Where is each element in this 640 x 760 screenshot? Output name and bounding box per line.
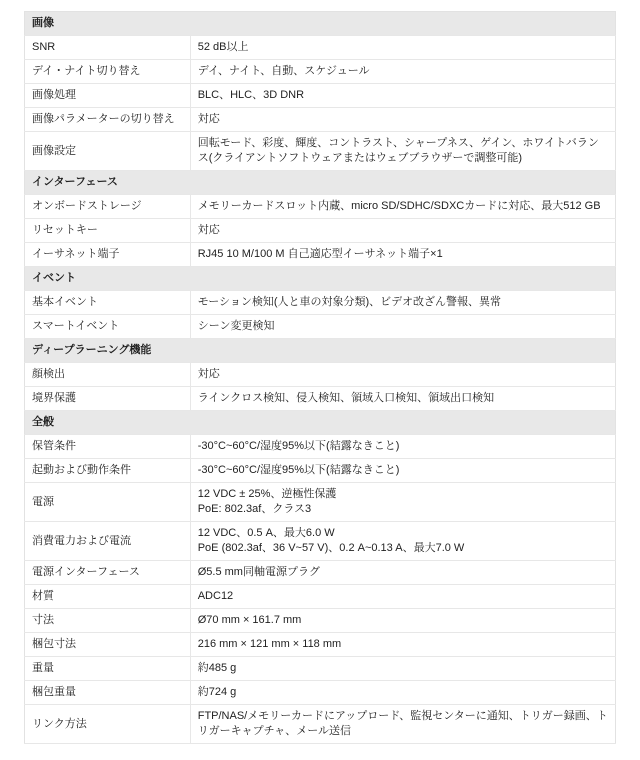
spec-label: SNR [25, 36, 191, 60]
spec-label: スマートイベント [25, 315, 191, 339]
spec-label: 材質 [25, 585, 191, 609]
spec-table: 画像SNR52 dB以上デイ・ナイト切り替えデイ、ナイト、自動、スケジュール画像… [24, 11, 616, 744]
spec-label: 寸法 [25, 609, 191, 633]
spec-row: SNR52 dB以上 [25, 36, 616, 60]
spec-value-line: 約485 g [198, 662, 237, 674]
spec-row: イーサネット端子RJ45 10 M/100 M 自己適応型イーサネット端子×1 [25, 243, 616, 267]
spec-value: 対応 [190, 108, 615, 132]
spec-value: 約724 g [190, 681, 615, 705]
spec-value: 対応 [190, 219, 615, 243]
spec-value-line: 対応 [198, 224, 220, 236]
spec-value-line: 約724 g [198, 686, 237, 698]
spec-row: 起動および動作条件-30°C~60°C/湿度95%以下(結露なきこと) [25, 459, 616, 483]
spec-value-line: 52 dB以上 [198, 41, 249, 53]
spec-row: 保管条件-30°C~60°C/湿度95%以下(結露なきこと) [25, 435, 616, 459]
spec-row: 境界保護ラインクロス検知、侵入検知、領域入口検知、領域出口検知 [25, 387, 616, 411]
spec-row: 基本イベントモーション検知(人と車の対象分類)、ビデオ改ざん警報、異常 [25, 291, 616, 315]
spec-value: 回転モード、彩度、輝度、コントラスト、シャープネス、ゲイン、ホワイトバランス(ク… [190, 132, 615, 171]
spec-value: 216 mm × 121 mm × 118 mm [190, 633, 615, 657]
spec-value-line: Ø5.5 mm同軸電源プラグ [198, 566, 320, 578]
section-header-row: ディープラーニング機能 [25, 339, 616, 363]
spec-value: モーション検知(人と車の対象分類)、ビデオ改ざん警報、異常 [190, 291, 615, 315]
spec-value-line: モーション検知(人と車の対象分類)、ビデオ改ざん警報、異常 [198, 296, 501, 308]
spec-value: 12 VDC、0.5 A、最大6.0 WPoE (802.3af、36 V~57… [190, 522, 615, 561]
spec-value: BLC、HLC、3D DNR [190, 84, 615, 108]
spec-row: 顔検出対応 [25, 363, 616, 387]
spec-value: シーン変更検知 [190, 315, 615, 339]
section-header-row: イベント [25, 267, 616, 291]
spec-value-line: PoE (802.3af、36 V~57 V)、0.2 A~0.13 A、最大7… [198, 542, 465, 554]
section-header-row: インターフェース [25, 171, 616, 195]
spec-label: オンボードストレージ [25, 195, 191, 219]
spec-value: RJ45 10 M/100 M 自己適応型イーサネット端子×1 [190, 243, 615, 267]
spec-value-line: シーン変更検知 [198, 320, 275, 332]
spec-value: ラインクロス検知、侵入検知、領域入口検知、領域出口検知 [190, 387, 615, 411]
spec-value-line: ラインクロス検知、侵入検知、領域入口検知、領域出口検知 [198, 392, 494, 404]
spec-value-line: 12 VDC、0.5 A、最大6.0 W [198, 527, 335, 539]
spec-row: オンボードストレージメモリーカードスロット内蔵、micro SD/SDHC/SD… [25, 195, 616, 219]
spec-value-line: 12 VDC ± 25%、逆極性保護 [198, 488, 337, 500]
spec-label: 起動および動作条件 [25, 459, 191, 483]
spec-row: リセットキー対応 [25, 219, 616, 243]
spec-label: 重量 [25, 657, 191, 681]
spec-value-line: Ø70 mm × 161.7 mm [198, 614, 302, 626]
section-title: ディープラーニング機能 [25, 339, 616, 363]
spec-label: 電源 [25, 483, 191, 522]
spec-label: 基本イベント [25, 291, 191, 315]
spec-value: メモリーカードスロット内蔵、micro SD/SDHC/SDXCカードに対応、最… [190, 195, 615, 219]
spec-value: Ø5.5 mm同軸電源プラグ [190, 561, 615, 585]
spec-label: 画像設定 [25, 132, 191, 171]
section-title: 全般 [25, 411, 616, 435]
spec-table-body: 画像SNR52 dB以上デイ・ナイト切り替えデイ、ナイト、自動、スケジュール画像… [25, 12, 616, 744]
spec-row: リンク方法FTP/NAS/メモリーカードにアップロード、監視センターに通知、トリ… [25, 705, 616, 744]
spec-value-line: -30°C~60°C/湿度95%以下(結露なきこと) [198, 464, 400, 476]
section-title: イベント [25, 267, 616, 291]
section-header-row: 画像 [25, 12, 616, 36]
spec-value: -30°C~60°C/湿度95%以下(結露なきこと) [190, 459, 615, 483]
spec-value: デイ、ナイト、自動、スケジュール [190, 60, 615, 84]
spec-label: 境界保護 [25, 387, 191, 411]
section-title: 画像 [25, 12, 616, 36]
spec-value: FTP/NAS/メモリーカードにアップロード、監視センターに通知、トリガー録画、… [190, 705, 615, 744]
spec-value-line: RJ45 10 M/100 M 自己適応型イーサネット端子×1 [198, 248, 443, 260]
spec-row: 梱包重量約724 g [25, 681, 616, 705]
spec-value-line: PoE: 802.3af、クラス3 [198, 503, 311, 515]
section-title: インターフェース [25, 171, 616, 195]
spec-row: 梱包寸法216 mm × 121 mm × 118 mm [25, 633, 616, 657]
spec-value: 52 dB以上 [190, 36, 615, 60]
spec-value-line: メモリーカードスロット内蔵、micro SD/SDHC/SDXCカードに対応、最… [198, 200, 601, 212]
spec-value: -30°C~60°C/湿度95%以下(結露なきこと) [190, 435, 615, 459]
spec-value-line: -30°C~60°C/湿度95%以下(結露なきこと) [198, 440, 400, 452]
spec-value-line: 対応 [198, 113, 220, 125]
spec-value: 12 VDC ± 25%、逆極性保護PoE: 802.3af、クラス3 [190, 483, 615, 522]
spec-value-line: BLC、HLC、3D DNR [198, 89, 304, 101]
spec-value-line: 回転モード、彩度、輝度、コントラスト、シャープネス、ゲイン、ホワイトバランス(ク… [198, 137, 599, 164]
spec-label: 画像パラメーターの切り替え [25, 108, 191, 132]
spec-label: リンク方法 [25, 705, 191, 744]
spec-row: 重量約485 g [25, 657, 616, 681]
spec-value: 約485 g [190, 657, 615, 681]
spec-label: 電源インターフェース [25, 561, 191, 585]
spec-row: 電源インターフェースØ5.5 mm同軸電源プラグ [25, 561, 616, 585]
spec-value-line: デイ、ナイト、自動、スケジュール [198, 65, 370, 77]
spec-label: 消費電力および電流 [25, 522, 191, 561]
spec-row: 画像処理BLC、HLC、3D DNR [25, 84, 616, 108]
spec-row: 画像パラメーターの切り替え対応 [25, 108, 616, 132]
spec-label: リセットキー [25, 219, 191, 243]
spec-value: Ø70 mm × 161.7 mm [190, 609, 615, 633]
spec-label: 画像処理 [25, 84, 191, 108]
spec-row: 消費電力および電流12 VDC、0.5 A、最大6.0 WPoE (802.3a… [25, 522, 616, 561]
spec-row: 電源12 VDC ± 25%、逆極性保護PoE: 802.3af、クラス3 [25, 483, 616, 522]
spec-table-container: 画像SNR52 dB以上デイ・ナイト切り替えデイ、ナイト、自動、スケジュール画像… [24, 11, 616, 744]
section-header-row: 全般 [25, 411, 616, 435]
spec-value-line: ADC12 [198, 590, 233, 602]
spec-label: 梱包重量 [25, 681, 191, 705]
spec-value-line: 対応 [198, 368, 220, 380]
spec-label: 梱包寸法 [25, 633, 191, 657]
spec-label: 保管条件 [25, 435, 191, 459]
spec-row: スマートイベントシーン変更検知 [25, 315, 616, 339]
spec-label: イーサネット端子 [25, 243, 191, 267]
spec-label: デイ・ナイト切り替え [25, 60, 191, 84]
spec-label: 顔検出 [25, 363, 191, 387]
spec-row: 材質ADC12 [25, 585, 616, 609]
spec-row: 寸法Ø70 mm × 161.7 mm [25, 609, 616, 633]
spec-value: ADC12 [190, 585, 615, 609]
spec-row: 画像設定回転モード、彩度、輝度、コントラスト、シャープネス、ゲイン、ホワイトバラ… [25, 132, 616, 171]
spec-value-line: 216 mm × 121 mm × 118 mm [198, 638, 341, 650]
spec-value: 対応 [190, 363, 615, 387]
spec-row: デイ・ナイト切り替えデイ、ナイト、自動、スケジュール [25, 60, 616, 84]
spec-value-line: FTP/NAS/メモリーカードにアップロード、監視センターに通知、トリガー録画、… [198, 710, 608, 737]
